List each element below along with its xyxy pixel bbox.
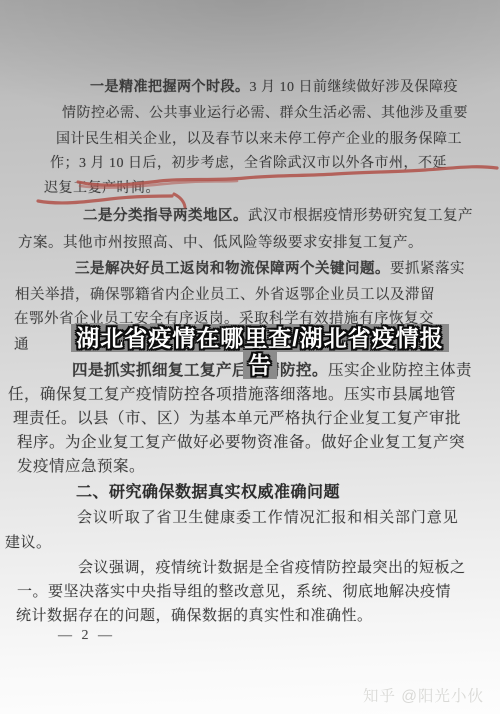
doc-line: 二是分类指导两类地区。武汉市根据疫情形势研究复工复产 [83, 207, 473, 225]
doc-line: 一是精准把握两个时段。3 月 10 日前继续做好涉及保障疫 [90, 79, 458, 97]
doc-line: 作；3 月 10 日后，初步考虑，全省除武汉市以外各市州，不延 [50, 155, 447, 173]
caption-title-line2: 告 [243, 351, 277, 379]
caption-overlay: 湖北省疫情在哪里查/湖北省疫情报 告 [40, 325, 480, 379]
doc-line: 方案。其他市州按照高、中、低风险等级要求安排复工复产。 [18, 234, 423, 252]
doc-line: 三是解决好员工返岗和物流保障两个关键问题。要抓紧落实 [75, 260, 465, 278]
doc-line: 国计民生相关企业，以及春节以来未停工停产企业的服务保障工 [56, 131, 462, 149]
doc-line-lead: 三是解决好员工返岗和物流保障两个关键问题。 [75, 261, 390, 277]
doc-line-text: 武汉市根据疫情形势研究复工复产 [248, 208, 473, 224]
doc-line: 任，确保复工复产疫情防控各项措施落细落地。压实市县属地管 [8, 385, 456, 404]
doc-line-text: 要抓紧落实 [390, 261, 465, 277]
caption-row: 湖北省疫情在哪里查/湖北省疫情报 [40, 325, 480, 352]
doc-line: 理责任。以县（市、区）为基本单元严格执行企业复工复产审批 [13, 409, 461, 428]
doc-line-lead: 二是分类指导两类地区。 [83, 208, 248, 224]
doc-line: 发疫情应急预案。 [17, 457, 145, 476]
doc-line: 会议听取了省卫生健康委工作情况汇报和相关部门意见 [77, 509, 459, 528]
doc-line: 相关举措，确保鄂籍省内企业员工、外省返鄂企业员工以及滞留 [15, 286, 435, 304]
doc-line: 会议强调，疫情统计数据是全省疫情防控最突出的短板之 [78, 559, 466, 578]
doc-line: 程序。为企业复工复产做好必要物资准备。做好企业复工复产突 [17, 433, 465, 452]
underline-tail-stroke [174, 194, 185, 207]
doc-line: 建议。 [5, 534, 52, 553]
doc-line: 情防控必需、公共事业运行必需、群众生活必需、其他涉及重要 [62, 105, 468, 123]
doc-line: 统计数据存在的问题，确保数据的真实性和准确性。 [16, 607, 373, 626]
doc-line: 通 [14, 336, 29, 354]
caption-title-line1: 湖北省疫情在哪里查/湖北省疫情报 [71, 324, 448, 352]
doc-line: 迟复工复产时间。 [44, 180, 160, 198]
zhihu-watermark: 知乎 @阳光小伙 [363, 684, 484, 706]
caption-row: 告 [40, 352, 480, 379]
doc-line-lead: 一是精准把握两个时段。 [90, 80, 250, 95]
doc-line-text: 3 月 10 日前继续做好涉及保障疫 [250, 80, 459, 95]
doc-section-heading: 二、研究确保数据真实权威准确问题 [76, 483, 340, 503]
photographed-document-page: 一是精准把握两个时段。3 月 10 日前继续做好涉及保障疫 情防控必需、公共事业… [0, 0, 500, 714]
page-number: — 2 — [58, 628, 115, 644]
doc-line: 一。要坚决落实中央指导组的整改意见，系统、彻底地解决疫情 [17, 583, 451, 602]
